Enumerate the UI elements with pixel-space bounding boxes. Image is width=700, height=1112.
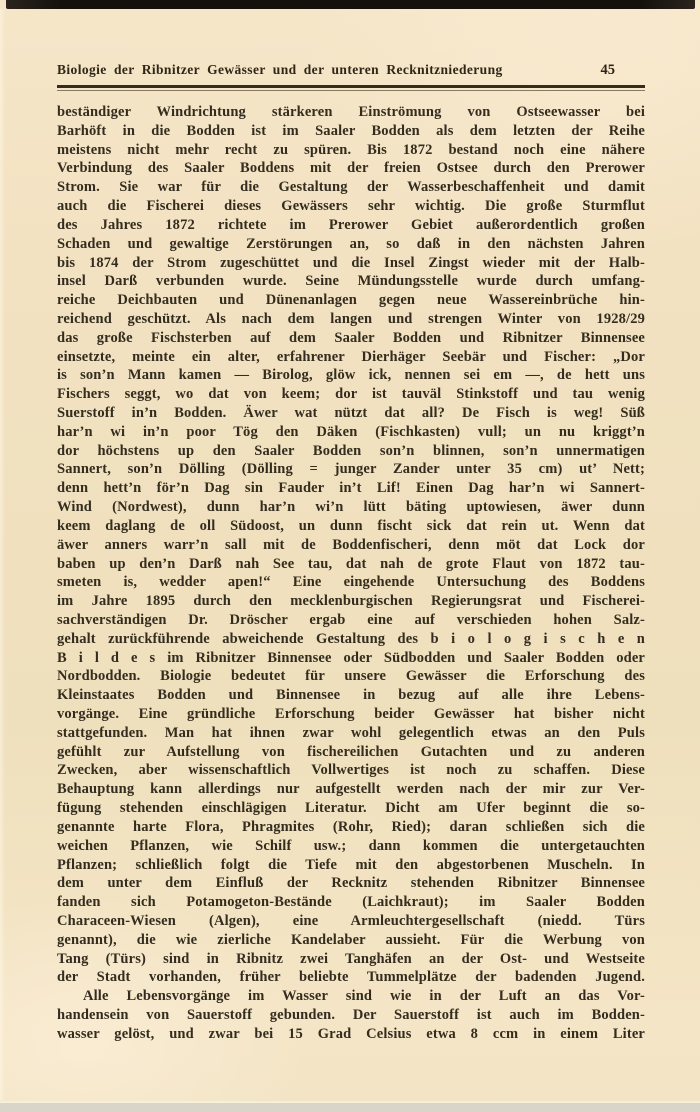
text-line: smeten is, wedder apen!“ Eine eingehende…: [57, 573, 645, 592]
text-line: äwer anners warr’n sall mit de Boddenfis…: [57, 536, 645, 555]
text-line: is son’n Mann kamen — Birolog, glöw ick,…: [57, 366, 645, 385]
text-line: das große Fischsterben auf dem Saaler Bo…: [57, 329, 645, 348]
text-line: Tang (Türs) sind in Ribnitz zwei Tanghäf…: [57, 950, 645, 969]
text-line: Barhöft in die Bodden ist im Saaler Bodd…: [57, 122, 645, 141]
header-rule-thick: [57, 85, 645, 88]
text-line: Strom. Sie war für die Gestaltung der Wa…: [57, 178, 645, 197]
text-line: fügung stehenden einschlägigen Literatur…: [57, 799, 645, 818]
text-line: handensein von Sauerstoff gebunden. Der …: [57, 1006, 645, 1025]
text-line: Kleinstaates Bodden und Binnensee in bez…: [57, 686, 645, 705]
text-line: Sannert, son’n Dölling (Dölling = junger…: [57, 460, 645, 479]
paragraph: beständiger Windrichtung stärkeren Einst…: [57, 103, 645, 987]
text-line: denn hett’n för’n Dag sin Fauder in’t Li…: [57, 479, 645, 498]
text-line: Wind (Nordwest), dunn har’n wi’n lütt bä…: [57, 498, 645, 517]
scan-edge-left: [0, 9, 5, 1100]
scanned-book-page: Biologie der Ribnitzer Gewässer und der …: [0, 0, 700, 1112]
text-line: reichend geschützt. Als nach dem langen …: [57, 310, 645, 329]
text-line: vorgänge. Eine gründliche Erforschung be…: [57, 705, 645, 724]
text-line: insel Darß verbunden wurde. Seine Mündun…: [57, 272, 645, 291]
header-title: Biologie der Ribnitzer Gewässer und der …: [57, 62, 503, 78]
text-line: im Jahre 1895 durch den mecklenburgische…: [57, 592, 645, 611]
text-line: Characeen-Wiesen (Algen), eine Armleucht…: [57, 912, 645, 931]
text-line: keem daglang de oll Südoost, un dunn fis…: [57, 517, 645, 536]
text-line: des Jahres 1872 richtete im Prerower Geb…: [57, 216, 645, 235]
text-line: auch die Fischerei dieses Gewässers sehr…: [57, 197, 645, 216]
scan-edge-bottom: [0, 1101, 700, 1112]
text-line: Pflanzen; schließlich folgt die Tiefe mi…: [57, 856, 645, 875]
page-number: 45: [601, 62, 616, 79]
text-line: genannte harte Flora, Phragmites (Rohr, …: [57, 818, 645, 837]
page-body: beständiger Windrichtung stärkeren Einst…: [57, 103, 645, 1044]
text-line: genannt), die wie zierliche Kandelaber a…: [57, 931, 645, 950]
text-line: dem unter dem Einfluß der Recknitz stehe…: [57, 874, 645, 893]
text-line: fanden sich Potamogeton-Bestände (Laichk…: [57, 893, 645, 912]
text-line: dor höchstens up den Saaler Bodden son’n…: [57, 442, 645, 461]
text-line: Behauptung kann allerdings nur aufgestel…: [57, 780, 645, 799]
text-line: wasser gelöst, und zwar bei 15 Grad Cels…: [57, 1025, 645, 1044]
paragraph: Alle Lebensvorgänge im Wasser sind wie i…: [57, 987, 645, 1043]
text-line: reiche Deichbauten und Dünenanlagen gege…: [57, 291, 645, 310]
text-line: der Stadt vorhanden, früher beliebte Tum…: [57, 968, 645, 987]
text-line: Suerstoff in’n Bodden. Äwer wat nützt da…: [57, 404, 645, 423]
text-line: meistens nicht mehr recht zu spüren. Bis…: [57, 141, 645, 160]
text-line: Zwecken, aber wissenschaftlich Vollwerti…: [57, 761, 645, 780]
text-line: Nordbodden. Biologie bedeutet für unsere…: [57, 667, 645, 686]
header-rule-thin: [57, 90, 645, 91]
scan-edge-top: [6, 0, 695, 9]
text-line: beständiger Windrichtung stärkeren Einst…: [57, 103, 645, 122]
text-line: sachverständigen Dr. Dröscher ergab eine…: [57, 611, 645, 630]
text-line: baben up den’n Darß nah See tau, dat nah…: [57, 555, 645, 574]
text-line: Verbindung des Saaler Boddens mit der fr…: [57, 159, 645, 178]
text-line: har’n wi in’n poor Tög den Däken (Fischk…: [57, 423, 645, 442]
text-line: stattgefunden. Man hat ihnen zwar wohl g…: [57, 724, 645, 743]
text-line: einsetzte, meinte ein alter, erfahrener …: [57, 348, 645, 367]
text-line: gehalt zurückführende abweichende Gestal…: [57, 630, 645, 649]
running-header: Biologie der Ribnitzer Gewässer und der …: [57, 62, 645, 79]
text-line: bis 1874 der Strom zugeschüttet und die …: [57, 254, 645, 273]
text-line: gefühlt zur Aufstellung von fischereilic…: [57, 743, 645, 762]
text-line: Alle Lebensvorgänge im Wasser sind wie i…: [57, 987, 645, 1006]
text-line: weichen Pflanzen, wie Schilf usw.; dann …: [57, 837, 645, 856]
text-line: B i l d e s im Ribnitzer Binnensee oder …: [57, 649, 645, 668]
text-line: Schaden und gewaltige Zerstörungen an, s…: [57, 235, 645, 254]
text-line: Fischers seggt, wo dat von keem; dor ist…: [57, 385, 645, 404]
